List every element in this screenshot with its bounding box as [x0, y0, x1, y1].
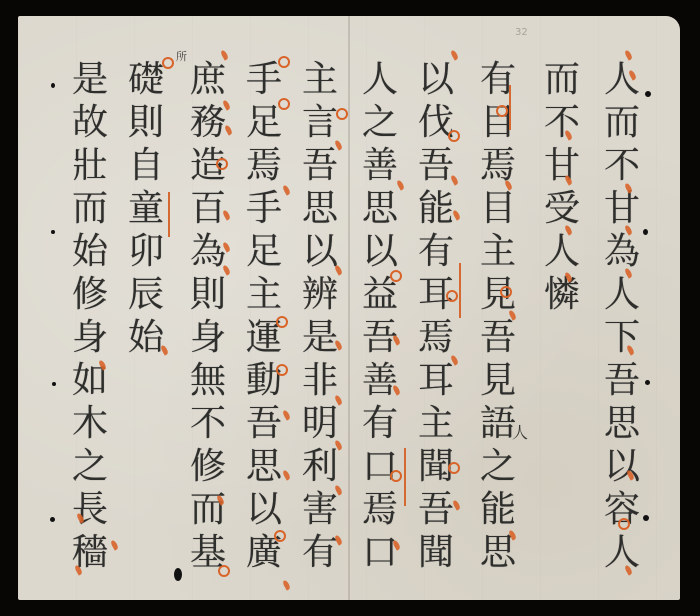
- char: 焉: [480, 144, 516, 187]
- char: 吾: [302, 144, 338, 187]
- char: 而: [604, 101, 640, 144]
- char: 為: [190, 230, 226, 273]
- text-column-8: 庶 務 造 百 為 則 身 無 不 修 而 基: [186, 58, 230, 574]
- char: 身: [190, 316, 226, 359]
- vermilion-circle: [496, 105, 508, 117]
- char: 耳: [418, 359, 454, 402]
- char: 百: [190, 187, 226, 230]
- vermilion-circle: [390, 470, 402, 482]
- char: 主: [480, 230, 516, 273]
- ink-spot: [50, 517, 55, 522]
- char: 礎: [128, 58, 164, 101]
- char: 能: [418, 187, 454, 230]
- char: 是: [302, 316, 338, 359]
- char: 卯: [128, 230, 164, 273]
- ink-spot: [52, 382, 56, 386]
- char: 則: [190, 273, 226, 316]
- char: 不: [544, 101, 580, 144]
- vermilion-circle: [336, 108, 348, 120]
- text-column-5: 人 之 善 思 以 益 吾 善 有 口 焉 口: [358, 58, 402, 574]
- interlinear-annotation: 人: [512, 420, 528, 443]
- char: 手: [246, 187, 282, 230]
- char: 始: [128, 316, 164, 359]
- char: 故: [72, 101, 108, 144]
- char: 是: [72, 58, 108, 101]
- text-column-10: 是 故 壯 而 始 修 身 如 木 之 長 穡: [68, 58, 112, 574]
- char: 辨: [302, 273, 338, 316]
- vermilion-circle: [278, 56, 290, 68]
- char: 思: [362, 187, 398, 230]
- char: 之: [72, 445, 108, 488]
- ink-spot: [174, 568, 182, 581]
- char: 不: [604, 144, 640, 187]
- char: 語: [480, 402, 516, 445]
- char: 吾: [418, 144, 454, 187]
- ink-spot: [645, 91, 651, 97]
- char: 以: [418, 58, 454, 101]
- vermilion-circle: [278, 98, 290, 110]
- vermilion-circle: [276, 364, 288, 376]
- char: 木: [72, 402, 108, 445]
- char: 下: [604, 316, 640, 359]
- ink-spot: [643, 229, 648, 235]
- char: 思: [302, 187, 338, 230]
- vermilion-rule: [404, 448, 406, 506]
- vermilion-circle: [218, 565, 230, 577]
- char: 為: [604, 230, 640, 273]
- char: 壯: [72, 144, 108, 187]
- char: 有: [362, 402, 398, 445]
- char: 主: [418, 402, 454, 445]
- char: 思: [246, 445, 282, 488]
- vermilion-circle: [276, 316, 288, 328]
- vermilion-circle: [446, 290, 458, 302]
- char: 受: [544, 187, 580, 230]
- char: 以: [246, 488, 282, 531]
- char: 而: [544, 58, 580, 101]
- vermilion-circle: [500, 286, 512, 298]
- text-column-1: 人 而 不 甘 為 人 下 吾 思 以 容 人: [600, 58, 644, 574]
- char: 手: [246, 58, 282, 101]
- char: 思: [604, 402, 640, 445]
- char: 以: [604, 445, 640, 488]
- char: 不: [190, 402, 226, 445]
- char: 利: [302, 445, 338, 488]
- char: 有: [418, 230, 454, 273]
- char: 務: [190, 101, 226, 144]
- center-fold-line: [348, 16, 350, 600]
- char: 吾: [604, 359, 640, 402]
- vermilion-rule: [168, 192, 170, 237]
- char: 善: [362, 359, 398, 402]
- char: 口: [362, 531, 398, 574]
- char: 庶: [190, 58, 226, 101]
- char: 主: [246, 273, 282, 316]
- vermilion-circle: [448, 462, 460, 474]
- char: 人: [362, 58, 398, 101]
- vermilion-rule: [509, 85, 511, 130]
- char: 而: [72, 187, 108, 230]
- char: 甘: [544, 144, 580, 187]
- vermilion-circle: [216, 158, 228, 170]
- char: 聞: [418, 531, 454, 574]
- text-column-2: 而 不 甘 受 人 憐: [540, 58, 584, 316]
- char: 憐: [544, 273, 580, 316]
- char: 吾: [418, 488, 454, 531]
- char: 見: [480, 359, 516, 402]
- char: 無: [190, 359, 226, 402]
- text-column-6: 主 言 吾 思 以 辨 是 非 明 利 害 有: [298, 58, 342, 574]
- interlinear-annotation: 所: [176, 48, 187, 64]
- char: 甘: [604, 187, 640, 230]
- vermilion-circle: [274, 530, 286, 542]
- char: 目: [480, 187, 516, 230]
- char: 之: [480, 445, 516, 488]
- char: 足: [246, 230, 282, 273]
- char: 能: [480, 488, 516, 531]
- ink-spot: [51, 230, 55, 234]
- char: 修: [190, 445, 226, 488]
- char: 則: [128, 101, 164, 144]
- char: 有: [302, 531, 338, 574]
- char: 焉: [246, 144, 282, 187]
- char: 明: [302, 402, 338, 445]
- char: 焉: [362, 488, 398, 531]
- char: 言: [302, 101, 338, 144]
- vermilion-rule: [459, 263, 461, 318]
- page-number: 32: [515, 27, 528, 38]
- char: 長: [72, 488, 108, 531]
- char: 而: [190, 488, 226, 531]
- vermilion-circle: [448, 130, 460, 142]
- char: 身: [72, 316, 108, 359]
- char: 害: [302, 488, 338, 531]
- char: 自: [128, 144, 164, 187]
- char: 焉: [418, 316, 454, 359]
- text-column-9: 礎 則 自 童 卯 辰 始: [124, 58, 168, 359]
- char: 足: [246, 101, 282, 144]
- char: 修: [72, 273, 108, 316]
- vermilion-circle: [390, 270, 402, 282]
- char: 以: [302, 230, 338, 273]
- ink-spot: [51, 83, 55, 88]
- vermilion-circle: [162, 57, 174, 69]
- char: 吾: [480, 316, 516, 359]
- ink-spot: [645, 380, 650, 385]
- char: 善: [362, 144, 398, 187]
- char: 人: [604, 273, 640, 316]
- char: 吾: [246, 402, 282, 445]
- char: 辰: [128, 273, 164, 316]
- char: 始: [72, 230, 108, 273]
- ink-spot: [643, 515, 649, 521]
- char: 非: [302, 359, 338, 402]
- vermilion-circle: [618, 518, 630, 530]
- char: 之: [362, 101, 398, 144]
- char: 口: [362, 445, 398, 488]
- char: 主: [302, 58, 338, 101]
- char: 人: [544, 230, 580, 273]
- char: 人: [604, 531, 640, 574]
- char: 以: [362, 230, 398, 273]
- char: 童: [128, 187, 164, 230]
